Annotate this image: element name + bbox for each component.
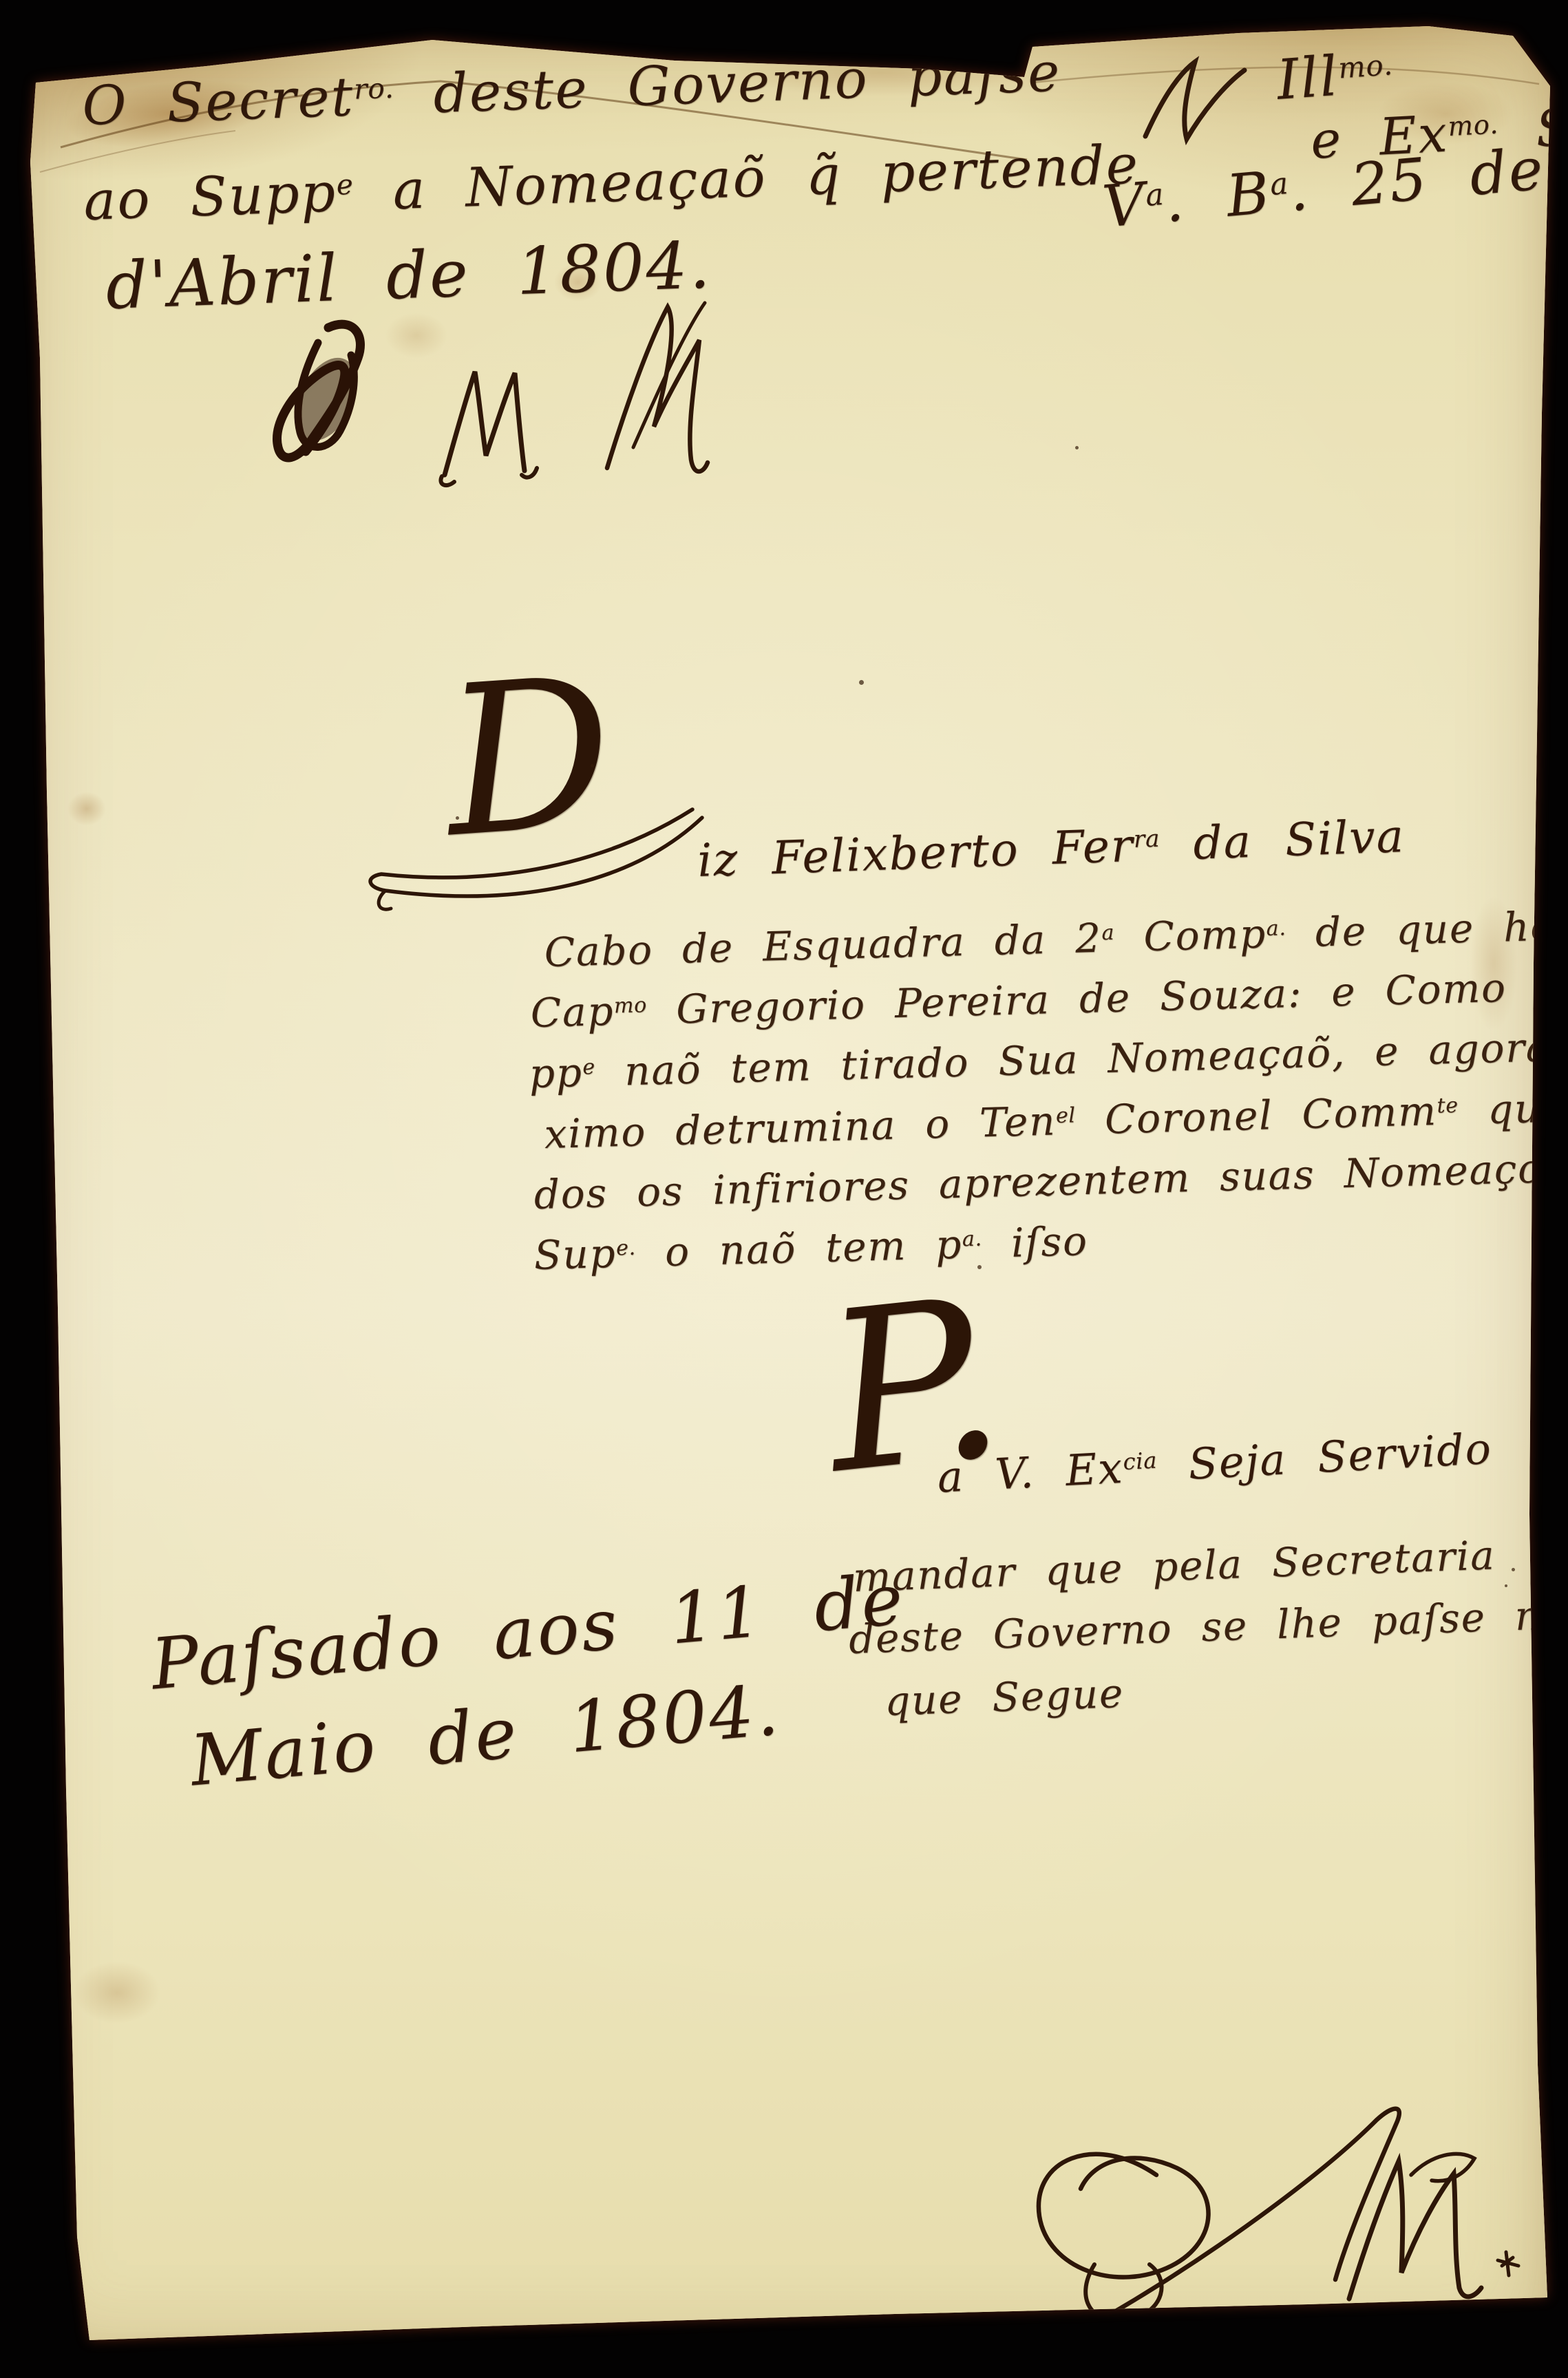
superscript-abbreviation: e. — [616, 1236, 637, 1261]
script-text: Gregorio Pereira de Souza: e Como o Su= — [646, 959, 1568, 1033]
superscript-abbreviation: a. — [1266, 916, 1286, 941]
superscript-abbreviation: mo. — [1337, 47, 1395, 85]
request-opening: a V. Excia Seja Servido — [936, 1423, 1493, 1503]
script-text: que Segue — [884, 1670, 1125, 1725]
script-text: de que he — [1286, 903, 1556, 957]
script-text: Seja Servido — [1156, 1423, 1493, 1491]
script-text: O Secret — [81, 66, 355, 138]
scribbled-rubric — [263, 315, 380, 487]
superscript-abbreviation: mo — [614, 993, 648, 1018]
document-photo: O Secretro. deste Governo paſse Illmo. e… — [0, 0, 1568, 2378]
script-text: iſso — [982, 1218, 1089, 1267]
superscript-abbreviation: e — [582, 1055, 595, 1079]
ink-speck — [1512, 1568, 1515, 1571]
stain-left-margin — [59, 785, 114, 833]
despatch-line1-right-illmo: Illmo. — [1275, 40, 1396, 112]
superscript-abbreviation: e — [336, 168, 354, 202]
script-text: ximo detrumina o Ten — [544, 1098, 1057, 1158]
paper-sheet: O Secretro. deste Governo paſse Illmo. e… — [0, 0, 1568, 2378]
ink-speck — [859, 680, 864, 685]
script-text: deste Governo se lhe paſse na f — [848, 1589, 1568, 1663]
superscript-abbreviation: mo. — [1447, 109, 1499, 142]
script-text: que to= — [1458, 1081, 1568, 1134]
script-text: . B — [1162, 159, 1274, 235]
initial-d-swash — [358, 805, 716, 922]
script-text: pp — [529, 1049, 584, 1097]
script-text: Comp — [1114, 911, 1267, 962]
script-text: a V. Ex — [936, 1443, 1125, 1503]
request-line-2: mandar que pela Secretaria — [852, 1531, 1496, 1601]
superscript-abbreviation: a — [1101, 921, 1115, 945]
petition-body-line-6: Supe. o naõ tem pa. iſso — [533, 1218, 1089, 1279]
superscript-abbreviation: te — [1437, 1094, 1459, 1118]
script-text: ao Supp — [83, 162, 338, 233]
script-text: Cabo de Esquadra da 2 — [544, 915, 1103, 976]
stain-bottom-left — [55, 1948, 179, 2037]
paper-wrapper: O Secretro. deste Governo paſse Illmo. e… — [0, 0, 1568, 2378]
superscript-abbreviation: ra — [1133, 825, 1161, 853]
script-text: V — [1100, 169, 1149, 240]
script-text: Coronel Comm — [1075, 1087, 1438, 1144]
superscript-abbreviation: a. — [962, 1227, 982, 1251]
script-text: da Silva — [1159, 809, 1406, 871]
script-text: Sup — [533, 1230, 617, 1279]
request-line-3: deste Governo se lhe paſse na fa. — [848, 1589, 1568, 1663]
ink-speck — [977, 1265, 982, 1269]
issued-line-1: Paſsado aos 11 de — [148, 1558, 908, 1706]
script-text: mandar que pela Secretaria — [852, 1531, 1496, 1601]
tall-loop-rubric — [593, 295, 714, 491]
script-text: Ill — [1275, 44, 1341, 112]
script-text: Cap — [530, 988, 615, 1037]
m-rubric — [435, 352, 538, 490]
request-line-4: que Segue — [884, 1670, 1125, 1725]
petition-body-line-4: ximo detrumina o Tenel Coronel Commte qu… — [544, 1081, 1568, 1158]
ink-speck — [456, 816, 459, 820]
superscript-abbreviation: el — [1056, 1103, 1077, 1128]
ink-speck — [1075, 446, 1079, 449]
script-text: iz Felixberto Fer — [697, 819, 1135, 887]
address-paraph-flourish — [1136, 55, 1253, 158]
superscript-abbreviation: cia — [1123, 1447, 1158, 1476]
ink-speck — [1505, 1584, 1507, 1587]
ink-speck — [591, 764, 594, 767]
erm-signature-monogram-flourish — [991, 2092, 1542, 2354]
petition-opening-name: iz Felixberto Ferra da Silva — [697, 809, 1406, 887]
superscript-abbreviation: ro. — [353, 72, 394, 106]
